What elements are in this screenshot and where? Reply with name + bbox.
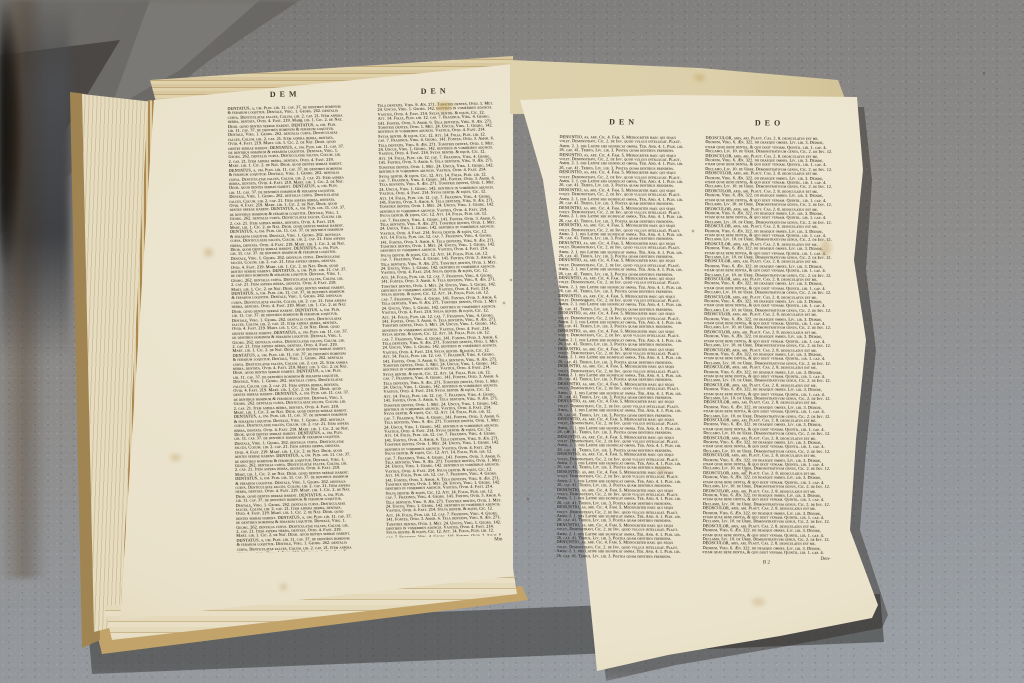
speck xyxy=(567,430,569,432)
right-page-column-1: DENUNTIO, as, are. Cic. 4. Fam. 5. Medio… xyxy=(557,135,688,560)
foxing-spot xyxy=(204,248,213,257)
right-page-column-2: DEOSCULOR, aris, ari. Plaut. Cas. 2. 8. … xyxy=(703,136,834,555)
speck xyxy=(300,120,302,122)
left-page-text-block: DEM DEN DENTATUS, a, um. Plin. lib. 11. … xyxy=(227,85,509,563)
right-page-running-head-deo: DEO xyxy=(706,118,834,128)
foxing-spot xyxy=(170,454,181,461)
right-page-catchword: Den- xyxy=(702,556,830,562)
speck xyxy=(692,230,694,232)
speck xyxy=(585,300,587,302)
speck xyxy=(527,498,529,500)
speck xyxy=(503,302,505,304)
left-page-column-2: Tela dentatis, Virg. 9. Æn. 271. Tonstri… xyxy=(377,101,502,537)
foxing-spot xyxy=(436,102,452,111)
foxing-spot xyxy=(694,74,705,81)
right-page-text-block: DEN DEO DENUNTIO, as, are. Cic. 4. Fam. … xyxy=(556,117,835,575)
right-page-running-head-den: DEN xyxy=(560,117,688,127)
left-page-column-1: DENTATUS, a, um. Plin. lib. 11. cap. 37.… xyxy=(227,104,352,552)
foxing-spot xyxy=(658,468,665,474)
photo-open-antique-book: DEM DEN DENTATUS, a, um. Plin. lib. 11. … xyxy=(0,0,1024,683)
left-page-catchword: Mm xyxy=(387,537,503,544)
left-page-running-head-dem: DEM xyxy=(227,88,343,99)
speck xyxy=(745,470,747,472)
speck xyxy=(462,352,464,354)
gutter-shadow xyxy=(0,0,46,578)
foxing-spot xyxy=(752,598,765,606)
left-page-running-head-den: DEN xyxy=(377,85,493,96)
speck xyxy=(510,279,512,281)
speck xyxy=(983,72,985,74)
foxing-spot xyxy=(820,240,831,256)
foxing-spot xyxy=(280,584,287,590)
